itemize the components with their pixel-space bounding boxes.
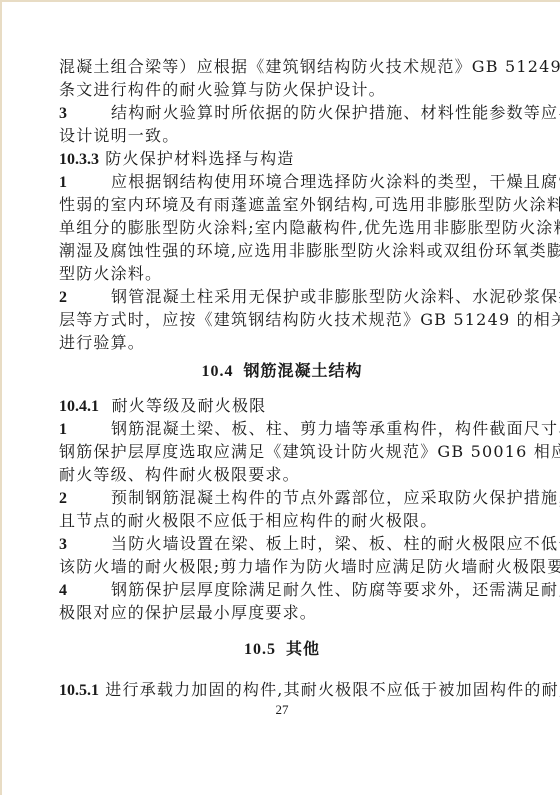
paragraph-line: 层等方式时，应按《建筑钢结构防火技术规范》GB 51249 的相关规定 (59, 308, 495, 331)
clause-text: 进行承载力加固的构件,其耐火极限不应低于被加固构件的耐火 (105, 680, 560, 699)
item-text: 当防火墙设置在梁、板上时，梁、板、柱的耐火极限应不低于 (111, 534, 560, 553)
item-text: 钢筋保护层厚度除满足耐久性、防腐等要求外，还需满足耐火 (111, 580, 560, 599)
item-text: 应根据钢结构使用环境合理选择防火涂料的类型，干燥且腐蚀 (111, 172, 560, 191)
clause-line: 10.5.1 进行承载力加固的构件,其耐火极限不应低于被加固构件的耐火 (59, 678, 495, 701)
item-number: 3 (59, 533, 99, 556)
list-item-line: 4钢筋保护层厚度除满足耐久性、防腐等要求外，还需满足耐火 (59, 578, 495, 601)
item-text: 结构耐火验算时所依据的防火保护措施、材料性能参数等应与 (111, 103, 560, 122)
item-number: 3 (59, 102, 99, 125)
clause-number: 10.3.3 (59, 151, 99, 168)
item-number: 2 (59, 286, 99, 309)
list-item-line: 2预制钢筋混凝土构件的节点外露部位，应采取防火保护措施， (59, 486, 495, 509)
paragraph-line: 设计说明一致。 (59, 124, 495, 147)
paragraph-line: 性弱的室内环境及有雨蓬遮盖室外钢结构,可选用非膨胀型防火涂料或 (59, 193, 495, 216)
clause-title: 防火保护材料选择与构造 (105, 149, 294, 168)
paragraph-line: 条文进行构件的耐火验算与防火保护设计。 (59, 78, 495, 101)
paragraph-line: 且节点的耐火极限不应低于相应构件的耐火极限。 (59, 509, 495, 532)
section-number: 10.5 (244, 641, 276, 658)
list-item-line: 3结构耐火验算时所依据的防火保护措施、材料性能参数等应与 (59, 101, 495, 124)
paragraph-line: 潮湿及腐蚀性强的环境,应选用非膨胀型防火涂料或双组份环氧类膨胀 (59, 239, 495, 262)
page-number: 27 (2, 701, 560, 719)
document-page: 混凝土组合梁等）应根据《建筑钢结构防火技术规范》GB 51249 相应 条文进行… (2, 2, 560, 795)
paragraph-line: 钢筋保护层厚度选取应满足《建筑设计防火规范》GB 50016 相应建筑 (59, 440, 495, 463)
item-number: 1 (59, 171, 99, 194)
list-item-line: 1钢筋混凝土梁、板、柱、剪力墙等承重构件，构件截面尺寸、 (59, 417, 495, 440)
item-number: 2 (59, 487, 99, 510)
item-number: 4 (59, 579, 99, 602)
paragraph-line: 型防火涂料。 (59, 262, 495, 285)
item-text: 钢管混凝土柱采用无保护或非膨胀型防火涂料、水泥砂浆保护 (111, 287, 560, 306)
paragraph-line: 该防火墙的耐火极限;剪力墙作为防火墙时应满足防火墙耐火极限要求。 (59, 555, 495, 578)
section-number: 10.4 (201, 363, 233, 380)
clause-heading: 10.4.1 耐火等级及耐火极限 (59, 394, 495, 417)
clause-heading: 10.3.3 防火保护材料选择与构造 (59, 147, 495, 170)
paragraph-line: 混凝土组合梁等）应根据《建筑钢结构防火技术规范》GB 51249 相应 (59, 55, 495, 78)
item-text: 钢筋混凝土梁、板、柱、剪力墙等承重构件，构件截面尺寸、 (111, 419, 560, 438)
paragraph-line: 单组分的膨胀型防火涂料;室内隐蔽构件,优先选用非膨胀型防火涂料; (59, 216, 495, 239)
paragraph-line: 耐火等级、构件耐火极限要求。 (59, 463, 495, 486)
clause-title: 耐火等级及耐火极限 (112, 396, 267, 415)
item-text: 预制钢筋混凝土构件的节点外露部位，应采取防火保护措施， (111, 488, 560, 507)
section-heading-10-4: 10.4钢筋混凝土结构 (2, 358, 560, 384)
section-title: 其他 (286, 639, 320, 658)
section-heading-10-5: 10.5其他 (2, 636, 560, 662)
clause-number: 10.4.1 (59, 398, 99, 415)
paragraph-line: 进行验算。 (59, 331, 495, 354)
paragraph-line: 极限对应的保护层最小厚度要求。 (59, 601, 495, 624)
list-item-line: 1应根据钢结构使用环境合理选择防火涂料的类型，干燥且腐蚀 (59, 170, 495, 193)
clause-number: 10.5.1 (59, 682, 99, 699)
list-item-line: 3当防火墙设置在梁、板上时，梁、板、柱的耐火极限应不低于 (59, 532, 495, 555)
item-number: 1 (59, 418, 99, 441)
section-title: 钢筋混凝土结构 (243, 361, 362, 380)
list-item-line: 2钢管混凝土柱采用无保护或非膨胀型防火涂料、水泥砂浆保护 (59, 285, 495, 308)
